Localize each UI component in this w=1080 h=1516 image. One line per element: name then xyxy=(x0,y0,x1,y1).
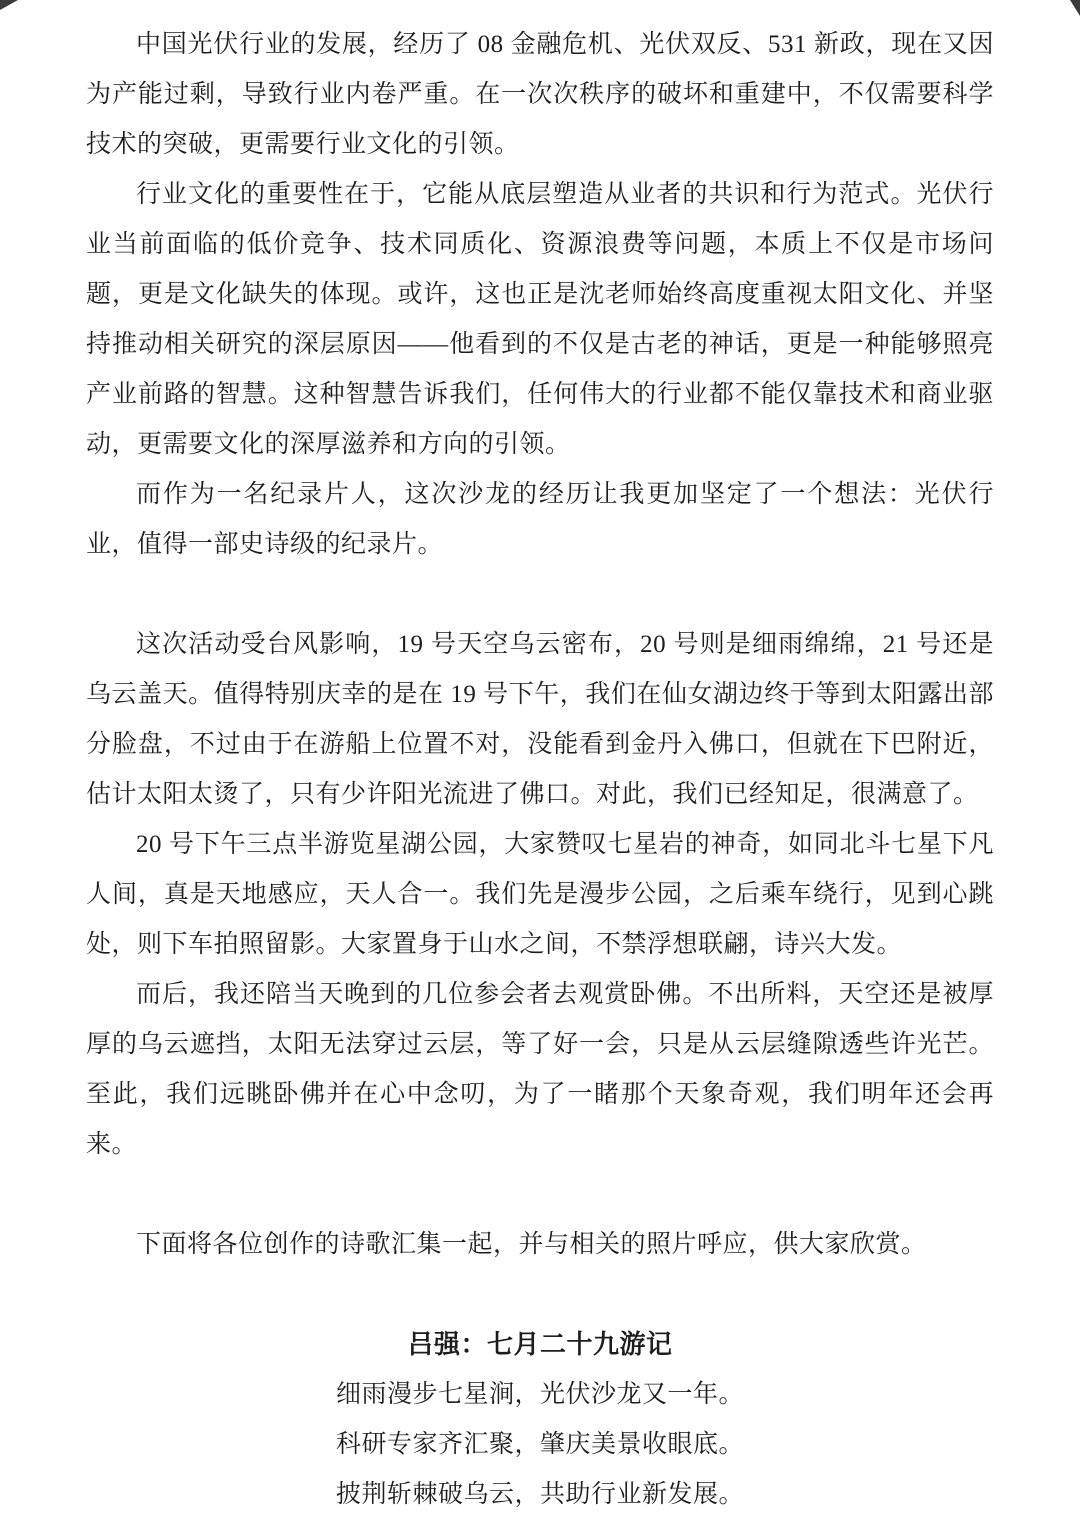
blank-line xyxy=(86,1170,994,1220)
poem-line-3: 披荆斩棘破乌云，共助行业新发展。 xyxy=(86,1470,994,1516)
scan-corner-artifact-top-left xyxy=(0,0,18,10)
paragraph-typhoon-weather: 这次活动受台风影响，19 号天空乌云密布，20 号则是细雨绵绵，21 号还是乌云… xyxy=(86,620,994,820)
document-page: 中国光伏行业的发展，经历了 08 金融危机、光伏双反、531 新政，现在又因为产… xyxy=(0,0,1080,1516)
document-content: 中国光伏行业的发展，经历了 08 金融危机、光伏双反、531 新政，现在又因为产… xyxy=(86,20,994,1516)
paragraph-poems-intro: 下面将各位创作的诗歌汇集一起，并与相关的照片呼应，供大家欣赏。 xyxy=(86,1220,994,1270)
poem-title: 吕强：七月二十九游记 xyxy=(86,1320,994,1370)
paragraph-xinghu-park-tour: 20 号下午三点半游览星湖公园，大家赞叹七星岩的神奇，如同北斗七星下凡人间，真是… xyxy=(86,820,994,970)
blank-line xyxy=(86,570,994,620)
blank-line xyxy=(86,1270,994,1320)
paragraph-industry-history: 中国光伏行业的发展，经历了 08 金融危机、光伏双反、531 新政，现在又因为产… xyxy=(86,20,994,170)
paragraph-documentary-wish: 而作为一名纪录片人，这次沙龙的经历让我更加坚定了一个想法：光伏行业，值得一部史诗… xyxy=(86,470,994,570)
poem-line-1: 细雨漫步七星涧，光伏沙龙又一年。 xyxy=(86,1370,994,1420)
scan-corner-artifact-top-right xyxy=(1070,0,1080,16)
paragraph-reclining-buddha: 而后，我还陪当天晚到的几位参会者去观赏卧佛。不出所料，天空还是被厚厚的乌云遮挡，… xyxy=(86,970,994,1170)
poem-line-2: 科研专家齐汇聚，肇庆美景收眼底。 xyxy=(86,1420,994,1470)
paragraph-industry-culture: 行业文化的重要性在于，它能从底层塑造从业者的共识和行为范式。光伏行业当前面临的低… xyxy=(86,170,994,470)
